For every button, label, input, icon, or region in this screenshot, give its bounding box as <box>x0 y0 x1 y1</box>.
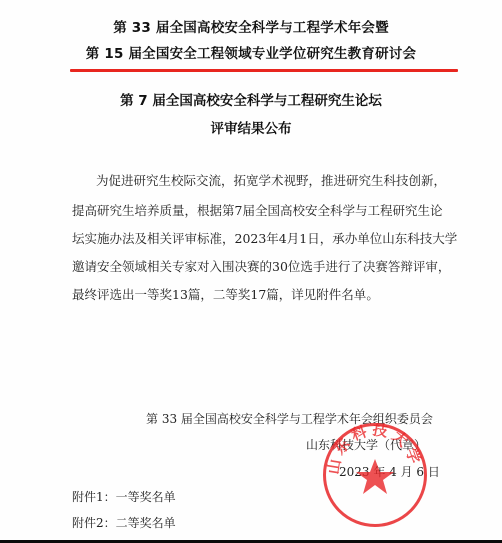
signature-date: 2023 年 4 月 6 日 <box>339 463 440 480</box>
attachment-2-link[interactable]: 附件2：二等奖名单 <box>72 514 176 531</box>
signature-university: 山东科技大学（代章） <box>306 436 426 453</box>
header-red-rule <box>70 69 458 72</box>
body-line-3: 坛实施办法及相关评审标准，2023年4月1日，承办单位山东科技大学 <box>72 229 432 247</box>
document-subtitle: 评审结果公布 <box>0 117 502 137</box>
header-line-1: 第 33 届全国高校安全科学与工程学术年会暨 <box>0 16 502 36</box>
body-line-2: 提高研究生培养质量，根据第7届全国高校安全科学与工程研究生论 <box>72 201 432 219</box>
document-page: 第 33 届全国高校安全科学与工程学术年会暨 第 15 届全国安全工程领域专业学… <box>0 0 502 540</box>
signature-organizer: 第 33 届全国高校安全科学与工程学术年会组织委员会 <box>146 410 433 427</box>
attachment-1-link[interactable]: 附件1：一等奖名单 <box>72 488 176 505</box>
header-line-2: 第 15 届全国安全工程领域专业学位研究生教育研讨会 <box>0 42 502 62</box>
document-title: 第 7 届全国高校安全科学与工程研究生论坛 <box>0 89 502 109</box>
body-line-5: 最终评选出一等奖13篇，二等奖17篇，详见附件名单。 <box>72 285 432 303</box>
body-line-1: 为促进研究生校际交流，拓宽学术视野，推进研究生科技创新， <box>96 171 456 189</box>
body-line-4: 邀请安全领域相关专家对入围决赛的30位选手进行了决赛答辩评审， <box>72 257 432 275</box>
